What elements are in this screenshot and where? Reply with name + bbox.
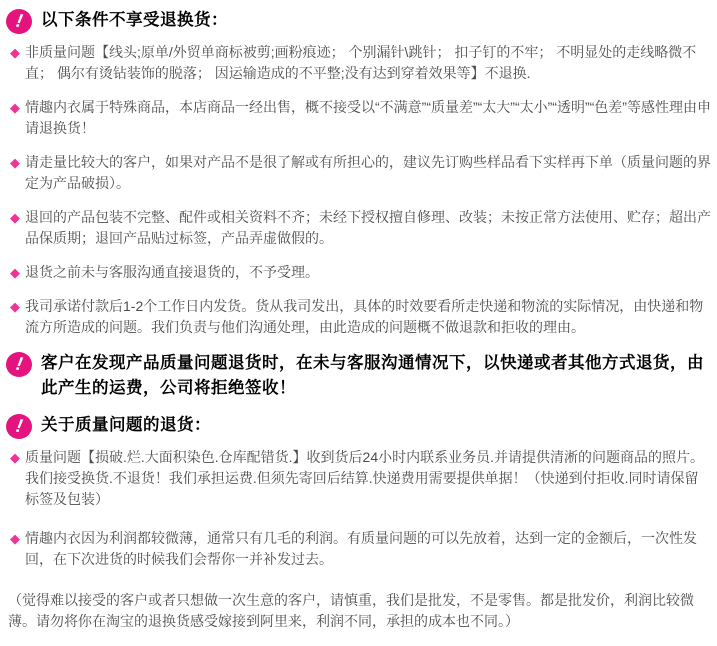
- return-policy-notice: ! 以下条件不享受退换货： ◆ 非质量问题【线头;原单/外贸单商标被剪;画粉痕迹…: [0, 0, 717, 646]
- warning-text: 客户在发现产品质量问题退货时，在未与客服沟通情况下，以快递或者其他方式退货，由此…: [41, 351, 711, 401]
- policy-item-text: 质量问题【损破.烂.大面积染色.仓库配错货.】收到货后24小时内联系业务员.并请…: [25, 449, 704, 507]
- policy-item: ◆ 非质量问题【线头;原单/外贸单商标被剪;画粉痕迹； 个别漏针\跳针； 扣子钉…: [10, 42, 711, 84]
- policy-item-text: 情趣内衣属于特殊商品，本店商品一经出售，概不接受以“不满意”“质量差”“太大”“…: [25, 99, 711, 136]
- section-heading-row: ! 关于质量问题的退货：: [6, 413, 711, 439]
- section-title: 关于质量问题的退货：: [41, 413, 211, 438]
- policy-item-text: 情趣内衣因为利润都较微薄，通常只有几毛的利润。有质量问题的可以先放着，达到一定的…: [25, 530, 697, 567]
- policy-item: ◆ 请走量比较大的客户，如果对产品不是很了解或有所担心的，建议先订购些样品看下实…: [10, 152, 711, 194]
- diamond-bullet-icon: ◆: [10, 528, 20, 549]
- exclamation-badge-icon: !: [6, 414, 32, 439]
- exclamation-glyph: !: [14, 12, 24, 32]
- policy-item: ◆ 退回的产品包装不完整、配件或相关资料不齐；未经下授权擅自修理、改装；未按正常…: [10, 207, 711, 249]
- section-heading-row: ! 客户在发现产品质量问题退货时，在未与客服沟通情况下，以快递或者其他方式退货，…: [6, 351, 711, 401]
- policy-item: ◆ 退货之前未与客服沟通直接退货的，不予受理。: [10, 262, 711, 283]
- exclamation-badge-icon: !: [6, 352, 32, 377]
- policy-list: ◆ 质量问题【损破.烂.大面积染色.仓库配错货.】收到货后24小时内联系业务员.…: [6, 447, 711, 570]
- policy-item: ◆ 情趣内衣属于特殊商品，本店商品一经出售，概不接受以“不满意”“质量差”“太大…: [10, 97, 711, 139]
- exclamation-glyph: !: [14, 355, 24, 375]
- policy-item: ◆ 情趣内衣因为利润都较微薄，通常只有几毛的利润。有质量问题的可以先放着，达到一…: [10, 528, 711, 570]
- policy-item-text: 退货之前未与客服沟通直接退货的，不予受理。: [25, 264, 319, 280]
- diamond-bullet-icon: ◆: [10, 42, 20, 63]
- policy-item-text: 退回的产品包装不完整、配件或相关资料不齐；未经下授权擅自修理、改装；未按正常方法…: [25, 209, 711, 246]
- section-heading-row: ! 以下条件不享受退换货：: [6, 8, 711, 34]
- section-title: 以下条件不享受退换货：: [41, 8, 228, 33]
- policy-item-text: 我司承诺付款后1-2个工作日内发货。货从我司发出，具体的时效要看所走快递和物流的…: [25, 298, 703, 335]
- wholesale-note: （觉得难以接受的客户或者只想做一次生意的客户，请慎重，我们是批发，不是零售。都是…: [6, 590, 711, 632]
- policy-item-text: 请走量比较大的客户，如果对产品不是很了解或有所担心的，建议先订购些样品看下实样再…: [25, 154, 711, 191]
- policy-item-text: 非质量问题【线头;原单/外贸单商标被剪;画粉痕迹； 个别漏针\跳针； 扣子钉的不…: [25, 44, 696, 81]
- exclamation-glyph: !: [14, 417, 24, 437]
- diamond-bullet-icon: ◆: [10, 262, 20, 283]
- section-shipping-fee-warning: ! 客户在发现产品质量问题退货时，在未与客服沟通情况下，以快递或者其他方式退货，…: [6, 351, 711, 401]
- diamond-bullet-icon: ◆: [10, 152, 20, 173]
- exclamation-badge-icon: !: [6, 9, 32, 34]
- policy-item: ◆ 质量问题【损破.烂.大面积染色.仓库配错货.】收到货后24小时内联系业务员.…: [10, 447, 711, 510]
- section-quality-returns: ! 关于质量问题的退货： ◆ 质量问题【损破.烂.大面积染色.仓库配错货.】收到…: [6, 413, 711, 570]
- policy-item: ◆ 我司承诺付款后1-2个工作日内发货。货从我司发出，具体的时效要看所走快递和物…: [10, 296, 711, 338]
- section-no-return-conditions: ! 以下条件不享受退换货： ◆ 非质量问题【线头;原单/外贸单商标被剪;画粉痕迹…: [6, 8, 711, 338]
- diamond-bullet-icon: ◆: [10, 97, 20, 118]
- policy-list: ◆ 非质量问题【线头;原单/外贸单商标被剪;画粉痕迹； 个别漏针\跳针； 扣子钉…: [6, 42, 711, 338]
- diamond-bullet-icon: ◆: [10, 296, 20, 317]
- diamond-bullet-icon: ◆: [10, 447, 20, 468]
- diamond-bullet-icon: ◆: [10, 207, 20, 228]
